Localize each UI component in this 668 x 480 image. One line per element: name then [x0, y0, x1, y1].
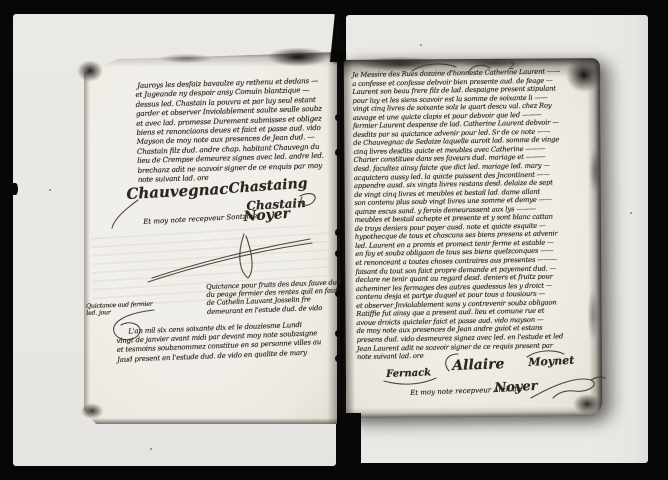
binding-stitch	[335, 250, 341, 257]
binding-stitch	[335, 355, 341, 362]
binding-gutter-line	[337, 56, 340, 418]
binding-stitch	[335, 114, 341, 121]
film-edge-notch	[13, 183, 18, 195]
left-notary-signature-noyer: Noyer	[243, 206, 291, 225]
dust-speck	[630, 212, 632, 214]
signature-moynet: Moynet	[528, 354, 575, 369]
quittance-note-text: Quictance pour fruits des deux fauve dud…	[206, 278, 344, 316]
binding-stitch	[335, 330, 341, 337]
dust-speck	[420, 44, 422, 46]
left-page-body-text: Jauroys les desfaiz bavaulze ay rethenu …	[135, 76, 324, 185]
binding-gutter-bottom	[340, 413, 361, 468]
date-clause-text: L'an mil six cens soixante dix et le dou…	[116, 320, 322, 365]
binding-stitch	[335, 149, 341, 156]
signature-allaire: Allaire	[452, 356, 505, 374]
right-page-body-text: Je Messire des Rues dozaine d'honneste C…	[352, 67, 565, 361]
manuscript-scan: Jauroys les desfaiz bavaulze ay rethenu …	[0, 0, 668, 480]
dust-speck	[150, 448, 152, 450]
binding-stitch	[335, 229, 341, 236]
margin-note-text: Quictance aud fermierled. jour	[86, 301, 153, 317]
signature-fernack: Fernack	[386, 367, 431, 380]
dust-speck	[49, 189, 51, 191]
right-notary-signature-noyer: Noyer	[494, 379, 538, 396]
